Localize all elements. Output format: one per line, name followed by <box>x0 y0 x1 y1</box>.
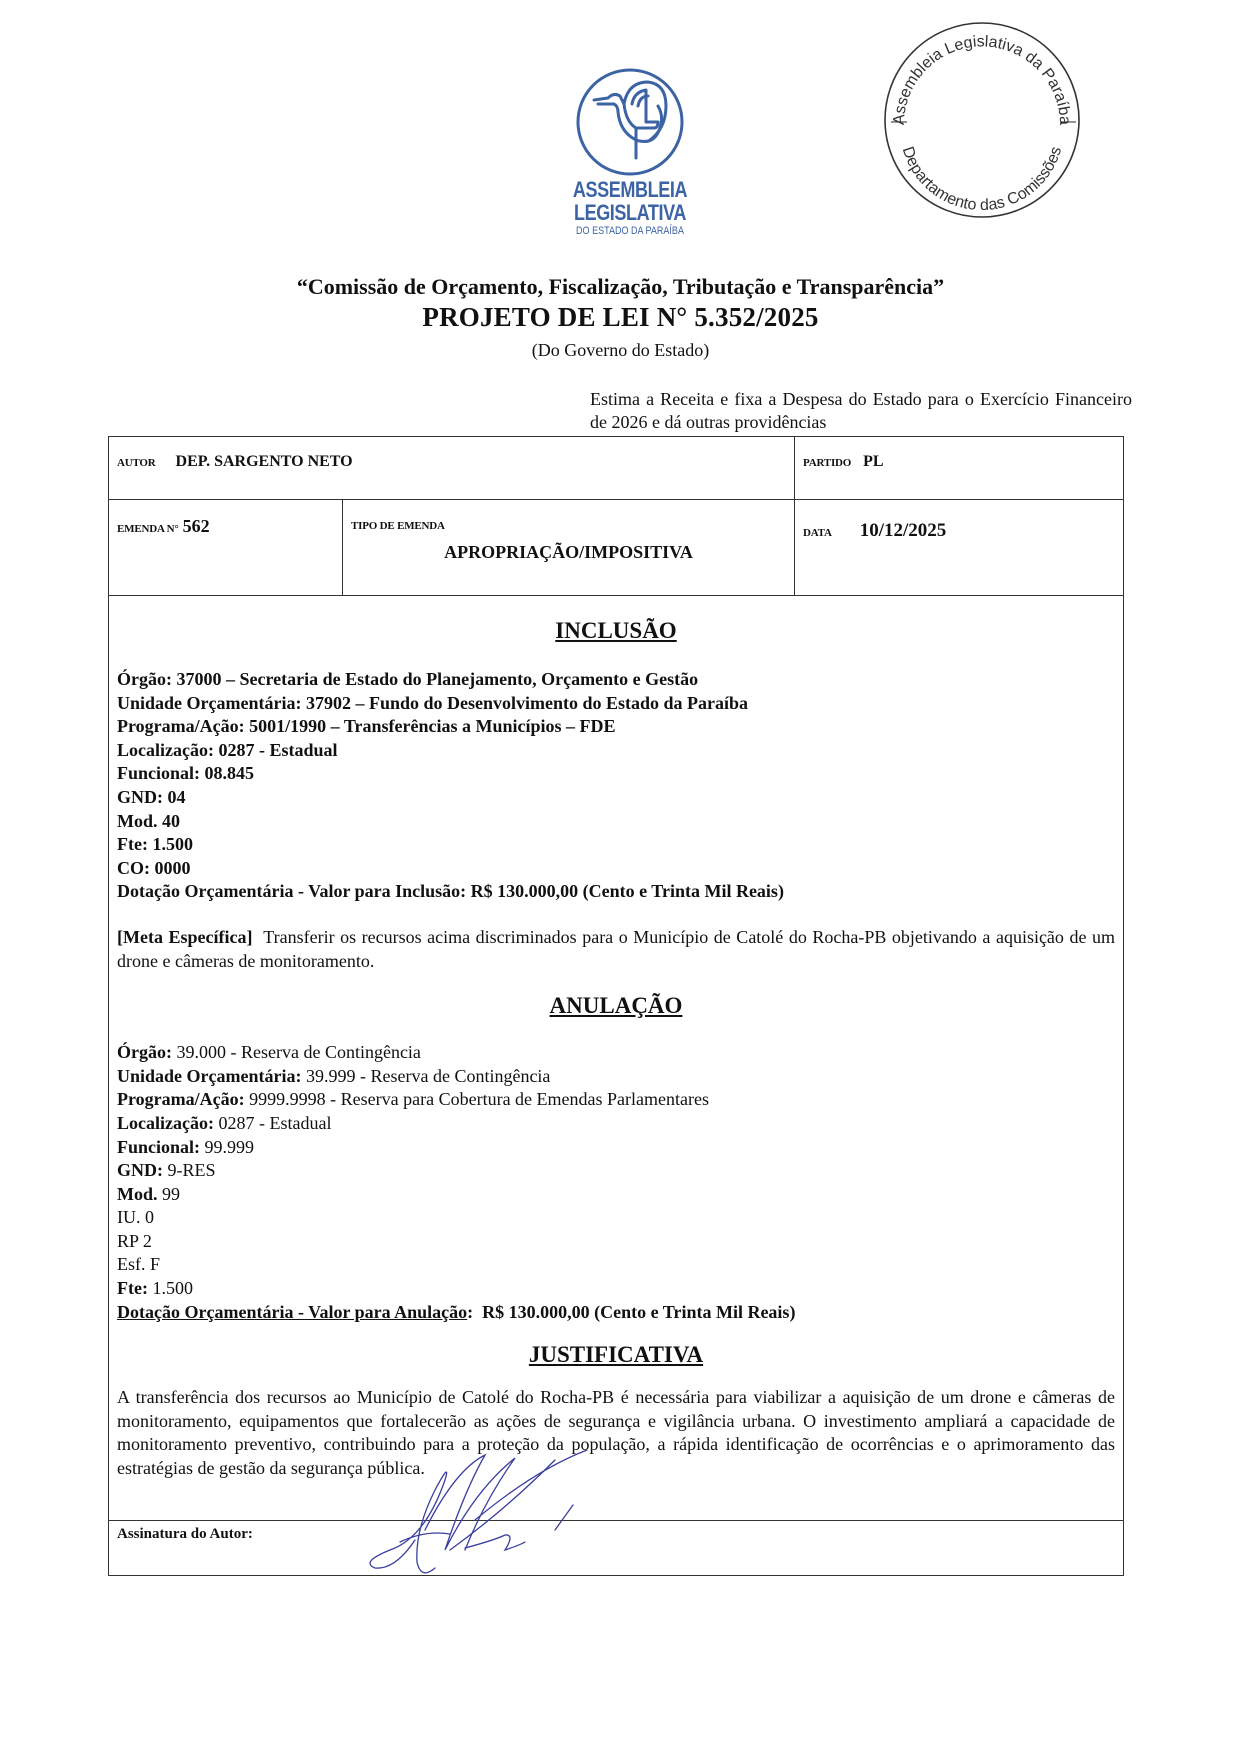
bill-title: PROJETO DE LEI N° 5.352/2025 <box>0 302 1241 333</box>
inclusao-line: Localização: 0287 - Estadual <box>117 739 1115 763</box>
bill-ementa: Estima a Receita e fixa a Despesa do Est… <box>590 388 1132 434</box>
inclusao-line-value: 1.500 <box>152 834 193 854</box>
anulacao-line-value: Esf. F <box>117 1254 160 1274</box>
anulacao-line: Mod. 99 <box>117 1183 1115 1207</box>
anulacao-dotacao-label: Dotação Orçamentária - Valor para Anulaç… <box>117 1302 467 1322</box>
anulacao-line: Funcional: 99.999 <box>117 1136 1115 1160</box>
anulacao-line-label: Programa/Ação: <box>117 1089 245 1109</box>
anulacao-line-value: 9999.9998 - Reserva para Cobertura de Em… <box>249 1089 709 1109</box>
inclusao-line: Dotação Orçamentária - Valor para Inclus… <box>117 880 1115 904</box>
inclusao-line: CO: 0000 <box>117 857 1115 881</box>
inclusao-lines: Órgão: 37000 – Secretaria de Estado do P… <box>117 668 1115 904</box>
anulacao-line-label: Unidade Orçamentária: <box>117 1066 301 1086</box>
emenda-label: EMENDA N° <box>117 523 179 535</box>
anulacao-line-value: 39.000 - Reserva de Contingência <box>176 1042 420 1062</box>
anulacao-dotacao-value: R$ 130.000,00 (Cento e Trinta Mil Reais) <box>482 1302 795 1322</box>
partido-value: PL <box>863 453 883 470</box>
anulacao-line-value: 39.999 - Reserva de Contingência <box>306 1066 550 1086</box>
content-cell: INCLUSÃO Órgão: 37000 – Secretaria de Es… <box>109 596 1124 1521</box>
anulacao-line-label: Localização: <box>117 1113 214 1133</box>
emenda-cell: EMENDA N° 562 <box>109 500 343 596</box>
anulacao-title: ANULAÇÃO <box>117 993 1115 1019</box>
anulacao-line-value: RP 2 <box>117 1231 152 1251</box>
inclusao-line-value: R$ 130.000,00 (Cento e Trinta Mil Reais) <box>471 881 784 901</box>
logo-line-3: DO ESTADO DA PARAÍBA <box>569 224 692 238</box>
dove-emblem-icon <box>574 66 686 178</box>
autor-cell: AUTOR DEP. SARGENTO NETO <box>109 437 795 500</box>
inclusao-line-value: 37902 – Fundo do Desenvolvimento do Esta… <box>306 693 748 713</box>
meta-text: Transferir os recursos acima discriminad… <box>117 927 1115 971</box>
anulacao-line-label: GND: <box>117 1160 163 1180</box>
inclusao-line-label: Funcional: <box>117 763 200 783</box>
inclusao-line-label: Fte: <box>117 834 148 854</box>
inclusao-line-value: 0000 <box>155 858 191 878</box>
partido-label: PARTIDO <box>803 457 851 469</box>
anulacao-lines: Órgão: 39.000 - Reserva de ContingênciaU… <box>117 1041 1115 1301</box>
data-cell: DATA 10/12/2025 <box>795 500 1124 596</box>
tipo-label: TIPO DE EMENDA <box>351 520 445 532</box>
anulacao-line: Localização: 0287 - Estadual <box>117 1112 1115 1136</box>
anulacao-line-label: Mod. <box>117 1184 158 1204</box>
anulacao-line: IU. 0 <box>117 1206 1115 1230</box>
assembly-logo: ASSEMBLEIA LEGISLATIVA DO ESTADO DA PARA… <box>555 66 705 238</box>
anulacao-line: RP 2 <box>117 1230 1115 1254</box>
anulacao-line-label: Órgão: <box>117 1042 172 1062</box>
meta-especifica: [Meta Específica] Transferir os recursos… <box>117 926 1115 973</box>
commission-name: “Comissão de Orçamento, Fiscalização, Tr… <box>0 274 1241 300</box>
inclusao-line-value: 37000 – Secretaria de Estado do Planejam… <box>176 669 698 689</box>
inclusao-line-label: Localização: <box>117 740 214 760</box>
inclusao-line: Órgão: 37000 – Secretaria de Estado do P… <box>117 668 1115 692</box>
inclusao-line: GND: 04 <box>117 786 1115 810</box>
logo-line-2: LEGISLATIVA <box>569 201 692 224</box>
logo-line-1: ASSEMBLEIA <box>569 178 692 201</box>
inclusao-line-label: GND: <box>117 787 163 807</box>
autor-value: DEP. SARGENTO NETO <box>176 453 353 470</box>
amendment-form: AUTOR DEP. SARGENTO NETO PARTIDO PL EMEN… <box>108 436 1124 1576</box>
inclusao-line: Funcional: 08.845 <box>117 762 1115 786</box>
tipo-cell: TIPO DE EMENDA APROPRIAÇÃO/IMPOSITIVA <box>343 500 795 596</box>
inclusao-line-value: 04 <box>168 787 186 807</box>
svg-text:—: — <box>1060 113 1076 130</box>
anulacao-line: Fte: 1.500 <box>117 1277 1115 1301</box>
inclusao-line-value: 08.845 <box>205 763 255 783</box>
autor-label: AUTOR <box>117 457 156 469</box>
anulacao-line: GND: 9-RES <box>117 1159 1115 1183</box>
inclusao-line-value: 5001/1990 – Transferências a Municípios … <box>249 716 615 736</box>
inclusao-line: Unidade Orçamentária: 37902 – Fundo do D… <box>117 692 1115 716</box>
bill-origin: (Do Governo do Estado) <box>0 340 1241 361</box>
inclusao-line-label: CO: <box>117 858 150 878</box>
anulacao-line-value: 99 <box>162 1184 180 1204</box>
inclusao-line-value: 40 <box>162 811 180 831</box>
inclusao-line-label: Órgão: <box>117 669 172 689</box>
signature-cell: Assinatura do Autor: <box>109 1521 1124 1576</box>
svg-text:Departamento das Comissões: Departamento das Comissões <box>899 145 1066 215</box>
inclusao-line: Fte: 1.500 <box>117 833 1115 857</box>
inclusao-line-label: Dotação Orçamentária - Valor para Inclus… <box>117 881 466 901</box>
data-label: DATA <box>803 527 832 539</box>
partido-cell: PARTIDO PL <box>795 437 1124 500</box>
anulacao-line-value: 1.500 <box>152 1278 193 1298</box>
anulacao-line-label: Fte: <box>117 1278 148 1298</box>
anulacao-line-label: Funcional: <box>117 1137 200 1157</box>
anulacao-dotacao: Dotação Orçamentária - Valor para Anulaç… <box>117 1301 1115 1325</box>
inclusao-line-label: Unidade Orçamentária: <box>117 693 301 713</box>
data-value: 10/12/2025 <box>860 520 947 541</box>
inclusao-title: INCLUSÃO <box>117 618 1115 644</box>
anulacao-line-value: 0287 - Estadual <box>218 1113 331 1133</box>
anulacao-line-value: 99.999 <box>205 1137 255 1157</box>
anulacao-line: Órgão: 39.000 - Reserva de Contingência <box>117 1041 1115 1065</box>
meta-label: [Meta Específica] <box>117 927 252 947</box>
inclusao-line: Programa/Ação: 5001/1990 – Transferência… <box>117 715 1115 739</box>
anulacao-line-value: IU. 0 <box>117 1207 154 1227</box>
inclusao-line-label: Programa/Ação: <box>117 716 245 736</box>
emenda-number: 562 <box>183 516 210 536</box>
anulacao-line: Programa/Ação: 9999.9998 - Reserva para … <box>117 1088 1115 1112</box>
justificativa-title: JUSTIFICATIVA <box>117 1342 1115 1368</box>
signature-label: Assinatura do Autor: <box>117 1526 253 1542</box>
svg-text:—: — <box>891 113 907 130</box>
inclusao-line-value: 0287 - Estadual <box>218 740 337 760</box>
justificativa-text: A transferência dos recursos ao Municípi… <box>117 1386 1115 1480</box>
inclusao-line: Mod. 40 <box>117 810 1115 834</box>
department-stamp: Assembleia Legislativa da Paraíba Depart… <box>878 20 1084 220</box>
anulacao-line: Unidade Orçamentária: 39.999 - Reserva d… <box>117 1065 1115 1089</box>
inclusao-line-label: Mod. <box>117 811 158 831</box>
tipo-value: APROPRIAÇÃO/IMPOSITIVA <box>351 542 794 563</box>
anulacao-line: Esf. F <box>117 1253 1115 1277</box>
anulacao-line-value: 9-RES <box>168 1160 216 1180</box>
